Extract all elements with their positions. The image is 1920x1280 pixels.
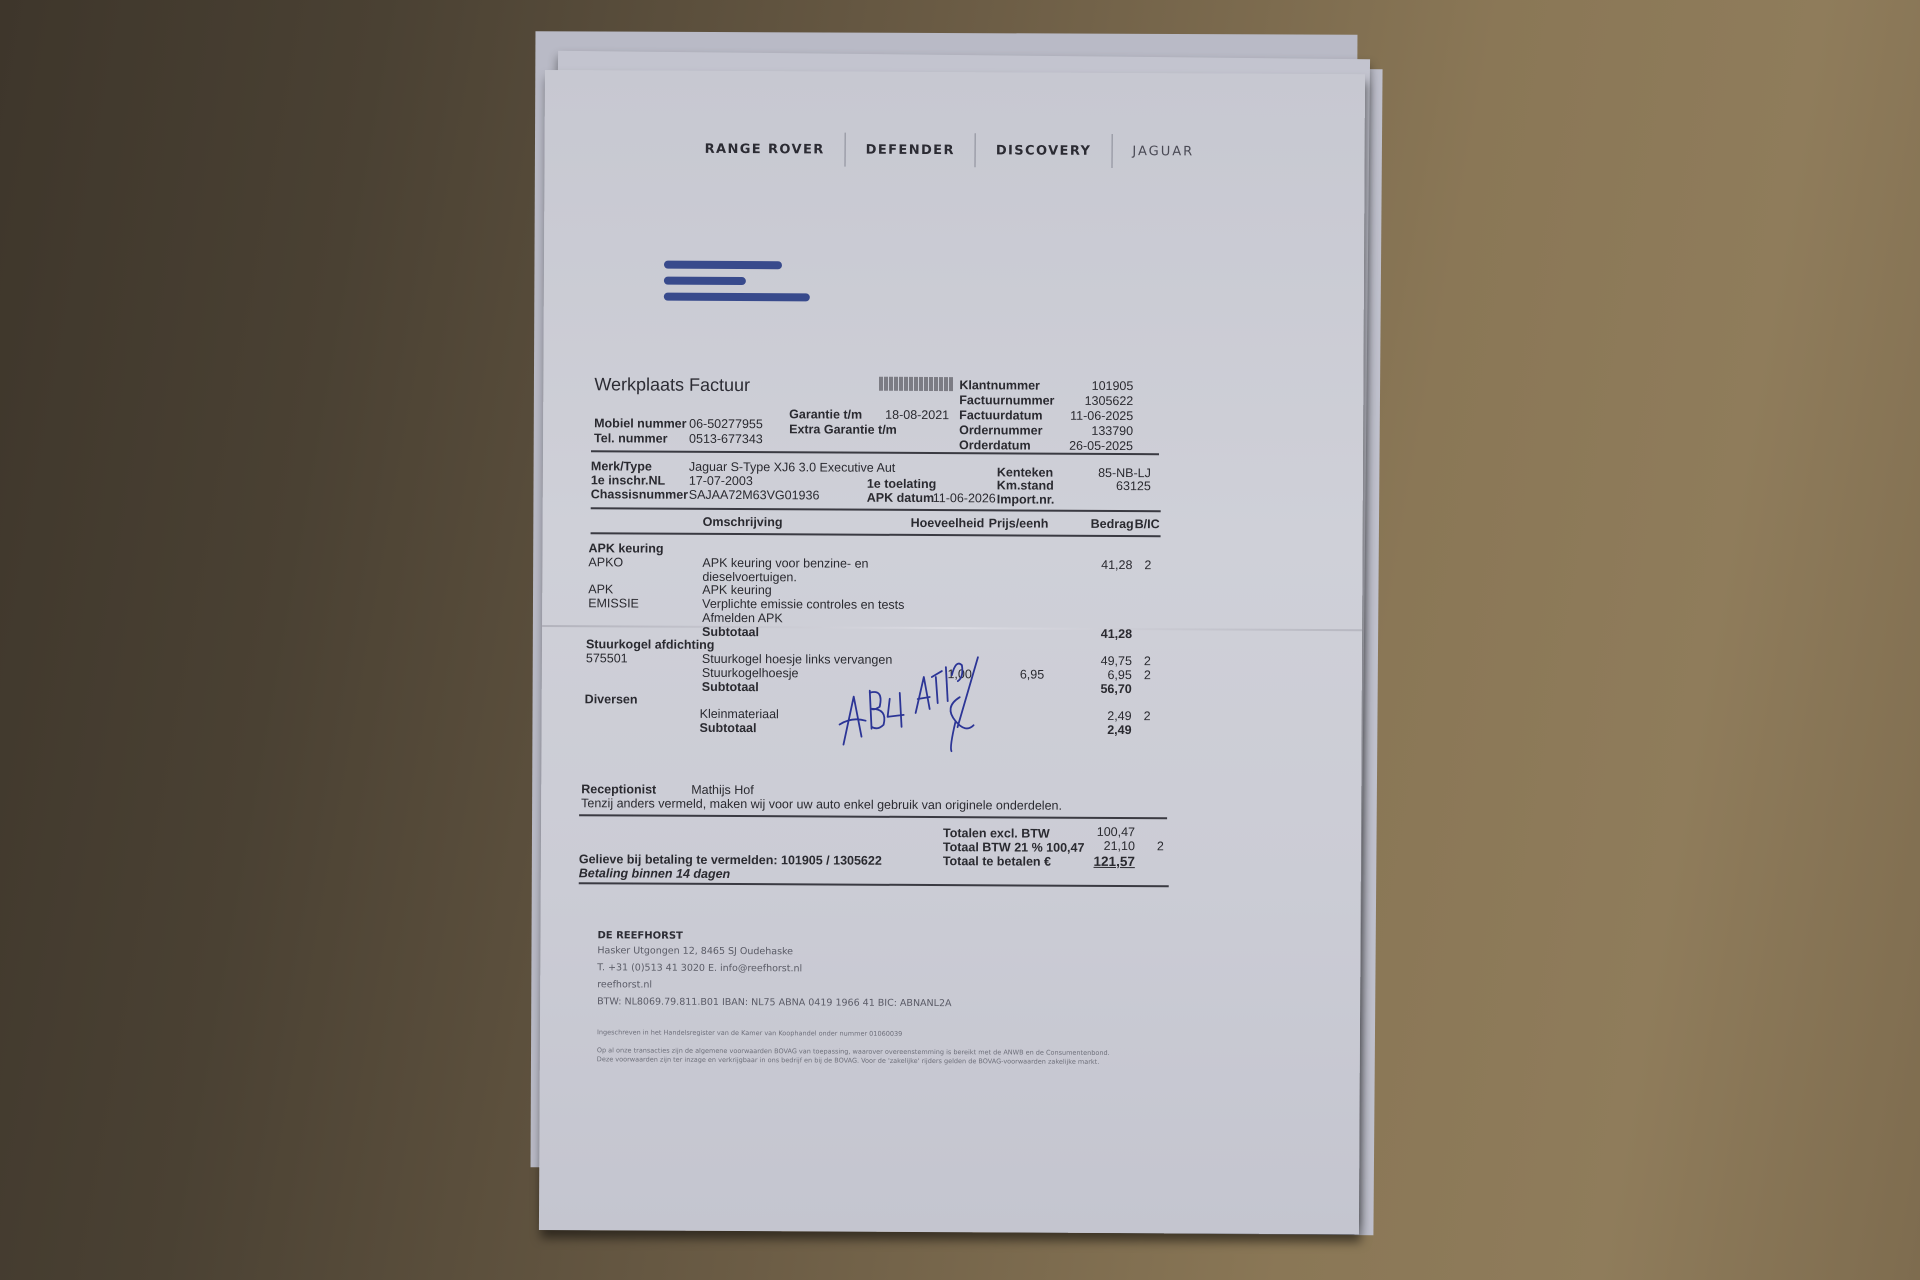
line-amount: 2,49	[1082, 709, 1132, 723]
total-btw-code: 2	[1157, 839, 1164, 853]
inschr-label: 1e inschr.NL	[591, 473, 665, 487]
col-bic: B/IC	[1135, 517, 1160, 531]
line-code: 575501	[586, 651, 628, 665]
redacted-address	[664, 261, 810, 310]
kvk-note: Ingeschreven in het Handelsregister van …	[597, 1028, 902, 1038]
brand-range-rover: RANGE ROVER	[685, 141, 845, 157]
line-code: APK	[588, 582, 613, 596]
km-label: Km.stand	[997, 478, 1054, 492]
meta-value: 1305622	[1063, 394, 1133, 408]
km-value: 63125	[1073, 479, 1151, 493]
col-bedrag: Bedrag	[1091, 517, 1134, 531]
col-hoeveelheid: Hoeveelheid	[911, 516, 985, 530]
garantie-label: Garantie t/m	[789, 407, 862, 421]
line-code: EMISSIE	[588, 596, 639, 610]
subtotal-label: Subtotaal	[700, 721, 757, 735]
barcode	[879, 377, 953, 391]
subtotal-value: 2,49	[1082, 723, 1132, 737]
brand-jaguar: JAGUAR	[1112, 143, 1214, 159]
brand-header: RANGE ROVER DEFENDER DISCOVERY JAGUAR	[684, 129, 1284, 172]
company-website: reefhorst.nl	[597, 979, 652, 990]
garantie-value: 18-08-2021	[885, 408, 949, 422]
col-prijs: Prijs/eenh	[989, 516, 1049, 530]
receptionist-label: Receptionist	[581, 782, 656, 796]
line-amount: 49,75	[1082, 654, 1132, 668]
group-title: Stuurkogel afdichting	[586, 637, 715, 652]
mobile-value: 06-50277955	[689, 417, 763, 431]
total-pay-value: 121,57	[1081, 854, 1135, 869]
merk-value: Jaguar S-Type XJ6 3.0 Executive Aut	[689, 460, 895, 475]
line-code: APKO	[588, 555, 623, 569]
line-desc: Kleinmateriaal	[700, 707, 779, 721]
chassis-label: Chassisnummer	[591, 487, 688, 502]
company-name: DE REEFHORST	[597, 930, 682, 941]
line-bic: 2	[1144, 709, 1151, 723]
meta-label: Ordernummer	[959, 423, 1042, 437]
terms-line-2: Deze voorwaarden zijn ter inzage en verk…	[597, 1055, 1100, 1066]
total-pay-label: Totaal te betalen €	[943, 854, 1051, 869]
line-desc: Stuurkogelhoesje	[702, 666, 799, 681]
receptionist-value: Mathijs Hof	[691, 783, 754, 797]
apk-value: 11-06-2026	[933, 491, 996, 505]
meta-label: Factuurdatum	[959, 408, 1042, 422]
inschr-value: 17-07-2003	[689, 474, 753, 488]
line-amount: 6,95	[1082, 668, 1132, 682]
divider	[591, 507, 1161, 511]
meta-value: 26-05-2025	[1053, 439, 1133, 453]
payment-terms: Betaling binnen 14 dagen	[579, 866, 730, 881]
tel-label: Tel. nummer	[594, 431, 667, 445]
group-title: APK keuring	[588, 541, 663, 555]
company-contact: T. +31 (0)513 41 3020 E. info@reefhorst.…	[597, 962, 802, 974]
subtotal-label: Subtotaal	[702, 680, 759, 694]
line-bic: 2	[1144, 558, 1151, 572]
parts-note: Tenzij anders vermeld, maken wij voor uw…	[581, 796, 1062, 813]
line-price: 6,95	[1020, 667, 1044, 681]
divider	[579, 814, 1167, 819]
subtotal-value: 56,70	[1082, 682, 1132, 696]
line-bic: 2	[1144, 654, 1151, 668]
line-amount: 41,28	[1082, 558, 1132, 572]
toelating-label: 1e toelating	[867, 477, 937, 491]
line-desc: APK keuring voor benzine- en	[702, 556, 868, 571]
col-omschrijving: Omschrijving	[703, 515, 783, 529]
line-desc: Verplichte emissie controles en tests	[702, 597, 904, 612]
total-excl-value: 100,47	[1081, 825, 1135, 839]
meta-value: 101905	[1063, 379, 1133, 393]
company-address: Hasker Utgongen 12, 8465 SJ Oudehaske	[597, 945, 793, 957]
import-label: Import.nr.	[997, 492, 1055, 506]
mobile-label: Mobiel nummer	[594, 416, 686, 430]
total-btw-label: Totaal BTW 21 % 100,47	[943, 840, 1085, 855]
total-excl-label: Totalen excl. BTW	[943, 826, 1050, 841]
meta-label: Factuurnummer	[959, 393, 1054, 407]
extra-garantie-label: Extra Garantie t/m	[789, 422, 897, 437]
page-title: Werkplaats Factuur	[594, 374, 750, 396]
payment-reference: Gelieve bij betaling te vermelden: 10190…	[579, 852, 882, 868]
paper-fold	[542, 625, 1362, 631]
line-desc: APK keuring	[702, 583, 772, 597]
brand-discovery: DISCOVERY	[976, 143, 1112, 159]
tel-value: 0513-677343	[689, 432, 763, 446]
total-btw-value: 21,10	[1081, 839, 1135, 853]
group-title: Diversen	[585, 692, 638, 706]
company-tax: BTW: NL8069.79.811.B01 IBAN: NL75 ABNA 0…	[597, 996, 951, 1009]
handwritten-annotation	[831, 637, 992, 768]
merk-label: Merk/Type	[591, 459, 652, 473]
meta-label: Klantnummer	[959, 378, 1040, 392]
invoice-sheet: RANGE ROVER DEFENDER DISCOVERY JAGUAR We…	[539, 70, 1365, 1234]
subtotal-value: 41,28	[1082, 627, 1132, 641]
chassis-value: SAJAA72M63VG01936	[689, 488, 820, 503]
meta-value: 11-06-2025	[1053, 409, 1133, 423]
line-desc: Afmelden APK	[702, 611, 783, 625]
meta-label: Orderdatum	[959, 438, 1031, 452]
divider	[591, 532, 1161, 536]
brand-defender: DEFENDER	[846, 142, 975, 158]
meta-value: 133790	[1063, 424, 1133, 438]
divider	[579, 882, 1169, 887]
apk-label: APK datum	[867, 491, 934, 505]
line-bic: 2	[1144, 668, 1151, 682]
